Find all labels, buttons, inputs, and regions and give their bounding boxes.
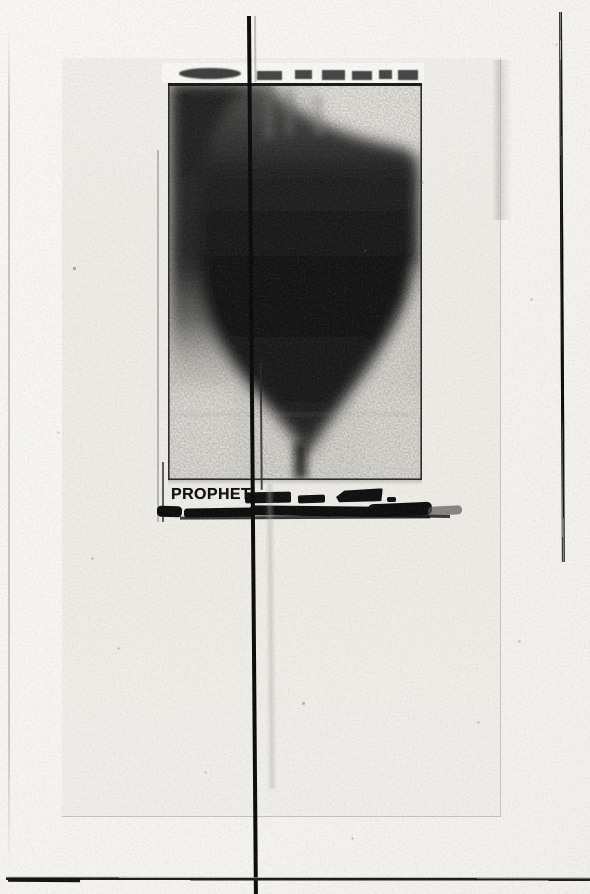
masthead-letterform-curve xyxy=(179,68,241,79)
frame-bottom-shadow xyxy=(168,480,422,485)
masthead-letterform-foot xyxy=(322,70,345,80)
redaction-bar xyxy=(387,497,396,502)
toner-streak xyxy=(492,60,512,220)
masthead-letterform-foot xyxy=(352,71,372,80)
masthead-letterform-foot xyxy=(257,71,282,80)
photocopied-page: PROPHET xyxy=(0,0,590,894)
page-edge-line-right xyxy=(559,12,565,562)
masthead-letterform-foot xyxy=(295,70,312,79)
photo-artwork xyxy=(168,83,422,480)
page-edge-line-bottom xyxy=(6,877,590,883)
fold-line-companion xyxy=(254,16,257,82)
ink-speck-field xyxy=(0,0,1,1)
masthead-letterform-foot xyxy=(398,70,418,80)
caption-label: PROPHET xyxy=(171,486,251,504)
scribble-stripe xyxy=(157,506,182,518)
column-rule xyxy=(157,150,159,522)
page-edge-line-left xyxy=(8,30,10,870)
page-edge-line-bottom-left xyxy=(8,878,80,882)
masthead-fragment xyxy=(162,63,424,83)
masthead-letterform-foot xyxy=(379,70,392,79)
redaction-bar xyxy=(298,495,325,504)
photo-frame xyxy=(168,83,422,480)
